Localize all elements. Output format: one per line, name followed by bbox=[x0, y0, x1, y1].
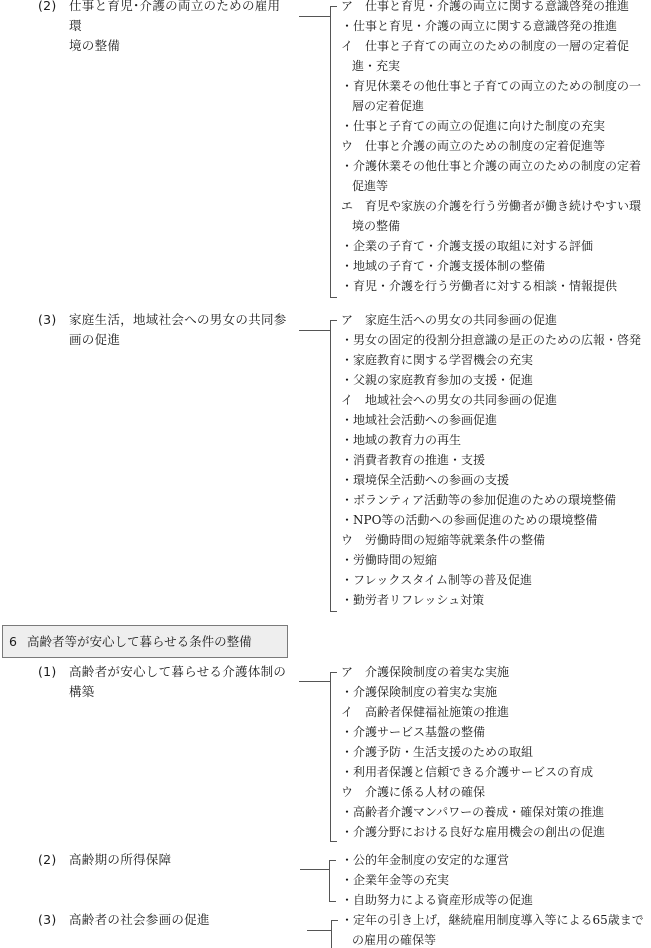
subheading: ア 仕事と育児・介護の両立に関する意識啓発の推進 bbox=[341, 0, 651, 16]
bracket-bottom-tick bbox=[330, 611, 337, 612]
list-item: ・環境保全活動への参画の支援 bbox=[341, 470, 651, 490]
subheading: ウ 仕事と介護の両立のための制度の定着促進等 bbox=[341, 136, 651, 156]
list-item: ・ボランティア活動等の参加促進のための環境整備 bbox=[341, 490, 651, 510]
chapter-section-1-items: ア 介護保険制度の着実な実施 ・介護保険制度の着実な実施 イ 高齢者保健福祉施策… bbox=[341, 662, 651, 842]
list-item: ・自助努力による資産形成等の促進 bbox=[341, 890, 651, 910]
bracket-line bbox=[330, 672, 331, 841]
list-item: ・勤労者リフレッシュ対策 bbox=[341, 590, 651, 610]
list-item-cont: の雇用の確保等 bbox=[341, 930, 651, 948]
section-3-items: ア 家庭生活への男女の共同参画の促進 ・男女の固定的役割分担意識の是正のための広… bbox=[341, 310, 651, 610]
bracket-line bbox=[330, 320, 331, 611]
section-number: (3) bbox=[38, 910, 57, 930]
list-item: ・消費者教育の推進・支援 bbox=[341, 450, 651, 470]
bracket-bottom-tick bbox=[329, 901, 336, 902]
section-title: 家庭生活，地域社会への男女の共同参 画の促進 bbox=[69, 310, 289, 350]
section-title: 高齢者の社会参画の促進 bbox=[69, 910, 289, 930]
list-item: ・フレックスタイム制等の普及促進 bbox=[341, 570, 651, 590]
subheading: ウ 介護に係る人材の確保 bbox=[341, 782, 651, 802]
bracket-top-tick bbox=[330, 672, 337, 673]
list-item: ・介護保険制度の着実な実施 bbox=[341, 682, 651, 702]
subheading: ア 家庭生活への男女の共同参画の促進 bbox=[341, 310, 651, 330]
bracket-connector bbox=[299, 330, 330, 331]
list-item: ・公的年金制度の安定的な運営 bbox=[341, 850, 651, 870]
bracket-top-tick bbox=[329, 860, 336, 861]
list-item-cont: 促進等 bbox=[341, 176, 651, 196]
section-title: 仕事と育児･介護の両立のための雇用環 境の整備 bbox=[69, 0, 289, 56]
subheading: エ 育児や家族の介護を行う労働者が働き続けやすい環 bbox=[341, 196, 651, 216]
list-item: ・企業の子育て・介護支援の取組に対する評価 bbox=[341, 236, 651, 256]
bracket-top-tick bbox=[330, 320, 337, 321]
list-item: ・介護サービス基盤の整備 bbox=[341, 722, 651, 742]
list-item: ・企業年金等の充実 bbox=[341, 870, 651, 890]
list-item: ・NPO等の活動への参画促進のための環境整備 bbox=[341, 510, 651, 530]
chapter-number: 6 bbox=[9, 626, 17, 657]
bracket-line bbox=[329, 860, 330, 901]
list-item: ・介護予防・生活支援のための取組 bbox=[341, 742, 651, 762]
list-item: ・地域社会活動への参画促進 bbox=[341, 410, 651, 430]
list-item: ・仕事と育児・介護の両立に関する意識啓発の推進 bbox=[341, 16, 651, 36]
chapter-heading-box: 6 高齢者等が安心して暮らせる条件の整備 bbox=[2, 625, 288, 658]
chapter-title: 高齢者等が安心して暮らせる条件の整備 bbox=[27, 626, 252, 657]
list-item: ・仕事と子育ての両立の促進に向けた制度の充実 bbox=[341, 116, 651, 136]
bracket-line bbox=[331, 920, 332, 948]
subheading: イ 地域社会への男女の共同参画の促進 bbox=[341, 390, 651, 410]
chapter-section-2-items: ・公的年金制度の安定的な運営 ・企業年金等の充実 ・自助努力による資産形成等の促… bbox=[341, 850, 651, 910]
subheading: イ 仕事と子育ての両立のための制度の一層の定着促 bbox=[341, 36, 651, 56]
list-item: ・労働時間の短縮 bbox=[341, 550, 651, 570]
chapter-section-3-items: ・定年の引き上げ，継続雇用制度導入等による65歳まで の雇用の確保等 bbox=[341, 910, 651, 948]
bracket-line bbox=[330, 6, 331, 297]
section-number: (1) bbox=[38, 662, 57, 682]
list-item: ・定年の引き上げ，継続雇用制度導入等による65歳まで bbox=[341, 910, 651, 930]
bracket-top-tick bbox=[331, 920, 338, 921]
chapter-section-2-heading: (2) 高齢期の所得保障 bbox=[0, 850, 300, 870]
chapter-section-1-heading: (1) 高齢者が安心して暮らせる介護体制の 構築 bbox=[0, 662, 300, 702]
list-item: ・地域の子育て・介護支援体制の整備 bbox=[341, 256, 651, 276]
subheading: ウ 労働時間の短縮等就業条件の整備 bbox=[341, 530, 651, 550]
section-2-items: ア 仕事と育児・介護の両立に関する意識啓発の推進 ・仕事と育児・介護の両立に関す… bbox=[341, 0, 651, 296]
bracket-connector bbox=[300, 869, 329, 870]
section-number: (2) bbox=[38, 0, 57, 16]
section-title: 高齢者が安心して暮らせる介護体制の 構築 bbox=[69, 662, 289, 702]
subheading-cont: 進・充実 bbox=[341, 56, 651, 76]
list-item: ・利用者保護と信頼できる介護サービスの育成 bbox=[341, 762, 651, 782]
list-item: ・介護休業その他仕事と介護の両立のための制度の定着 bbox=[341, 156, 651, 176]
list-item: ・育児・介護を行う労働者に対する相談・情報提供 bbox=[341, 276, 651, 296]
bracket-connector bbox=[299, 16, 330, 17]
subheading: イ 高齢者保健福祉施策の推進 bbox=[341, 702, 651, 722]
bracket-top-tick bbox=[330, 6, 337, 7]
section-2-heading: (2) 仕事と育児･介護の両立のための雇用環 境の整備 bbox=[0, 0, 300, 36]
bracket-bottom-tick bbox=[330, 297, 337, 298]
chapter-section-3-heading: (3) 高齢者の社会参画の促進 bbox=[0, 910, 300, 930]
bracket-connector bbox=[307, 930, 331, 931]
list-item: ・地域の教育力の再生 bbox=[341, 430, 651, 450]
bracket-connector bbox=[299, 681, 330, 682]
subheading-cont: 境の整備 bbox=[341, 216, 651, 236]
list-item: ・家庭教育に関する学習機会の充実 bbox=[341, 350, 651, 370]
list-item: ・父親の家庭教育参加の支援・促進 bbox=[341, 370, 651, 390]
list-item-cont: 層の定着促進 bbox=[341, 96, 651, 116]
section-3-heading: (3) 家庭生活，地域社会への男女の共同参 画の促進 bbox=[0, 310, 300, 350]
section-number: (2) bbox=[38, 850, 57, 870]
list-item: ・高齢者介護マンパワーの養成・確保対策の推進 bbox=[341, 802, 651, 822]
list-item: ・育児休業その他仕事と子育ての両立のための制度の一 bbox=[341, 76, 651, 96]
section-title: 高齢期の所得保障 bbox=[69, 850, 289, 870]
section-number: (3) bbox=[38, 310, 57, 330]
list-item: ・男女の固定的役割分担意識の是正のための広報・啓発 bbox=[341, 330, 651, 350]
subheading: ア 介護保険制度の着実な実施 bbox=[341, 662, 651, 682]
list-item: ・介護分野における良好な雇用機会の創出の促進 bbox=[341, 822, 651, 842]
bracket-bottom-tick bbox=[330, 841, 337, 842]
